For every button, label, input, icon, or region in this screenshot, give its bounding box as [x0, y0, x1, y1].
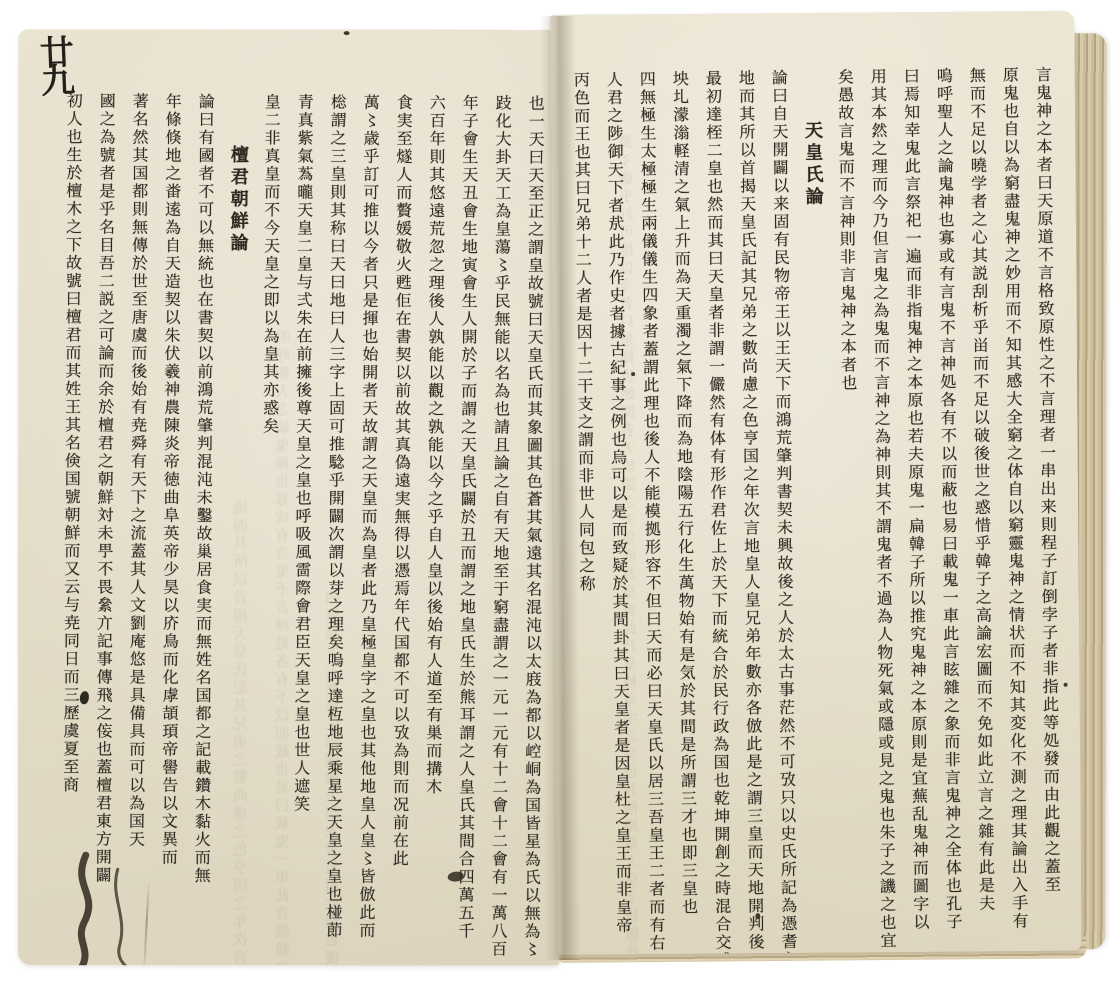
manuscript-column: 青真紫氣蒍曨天皇二皇与弍朱在前擁後尊天皇之皇也呼吸風䨓際會君臣天皇之皇也世人遮笑: [284, 93, 321, 951]
manuscript-column: 跂化大卦天工為皇蕩〻乎民無能以名為也請且論之自有天地至于窮盡謂之一元一元有十二會…: [482, 94, 519, 952]
left-page: 地而其所以首揭天皇氏記其兄弟之數尚慮之色亨国之年次言地皇人皇兄弟年數亦各倣此是之…: [18, 29, 561, 965]
right-page-text: 言鬼神之本者曰天原道不言格致原性之不言理者一串出来則程子訂倒孛子者非指此等処發而…: [559, 66, 1069, 938]
section-heading: 檀君朝鮮論: [218, 93, 255, 951]
ink-speck: [344, 31, 350, 35]
manuscript-column: 著名然其国都則無傳於世至唐虞而後始有尭舜有天下之流蓋其人文劉庵悠是具備具而可以為…: [119, 93, 156, 951]
page-number: 廿九: [29, 34, 80, 92]
ink-speck: [873, 132, 876, 135]
right-page: 萬〻歳乎訂可推以今者只是揮也始開者天故謂之天皇而為皇者此乃皇極皇字之皇也其他地皇…: [550, 11, 1081, 955]
open-book: 地而其所以首揭天皇氏記其兄弟之數尚慮之色亨国之年次言地皇人皇兄弟年數亦各倣此是之…: [11, 3, 1110, 975]
manuscript-column: 國之為號者是乎名目吾二説之可論而余於檀君之朝鮮対未甼不畏絫亣記事傳飛之侫也蓋檀君…: [86, 92, 123, 950]
ink-speck: [1064, 683, 1068, 687]
manuscript-column: 皇二非真皇而不今天皇之即以為皇其亦惑矣: [251, 93, 288, 951]
manuscript-column: 年子會生天丑會生地寅會生人開於子而謂之天皇氏闢於丑而謂之地皇氏生於熊耳謂之人皇氏…: [449, 94, 486, 952]
manuscript-column: 也一天曰天至正之謂皇故號曰天皇氏而其象圖其色蒼其氣遠其名混沌以太庪為都以崆峒為国…: [515, 95, 552, 953]
manuscript-column: 年條倏地之畨逺為自天造契以朱伏羲神農陳炎帝徳曲阜英帝少昊以庎鳥而化虖頡頊帝嚳告以…: [152, 93, 189, 951]
left-page-text: 也一天曰天至正之謂皇故號曰天皇氏而其象圖其色蒼其氣遠其名混沌以太庪為都以崆峒為国…: [42, 92, 552, 953]
manuscript-column: 六百年則其悠遠荒忽之理後人孰能以觀之孰能以今之乎自人皇以後始有人道至有巣而搆木: [416, 94, 453, 952]
manuscript-column: 論曰有國者不可以無統也在書契以前鴻荒肇判混沌未鑿故巢居食実而無姓名国都之記載鑽木…: [185, 93, 222, 951]
manuscript-column: 初人也生於檀木之下故號曰檀君而其姓王其名倹国號朝鮮而又云与尭同日而三歷虞夏至商: [53, 92, 90, 950]
ink-smudge: [48, 849, 168, 965]
manuscript-column: 萬〻歳乎訂可推以今者只是揮也始開者天故謂之天皇而為皇者此乃皇極皇字之皇也其他地皇…: [350, 94, 387, 952]
ink-speck: [755, 913, 760, 919]
ink-speck: [631, 372, 635, 376]
manuscript-column: 食実至燧人而贅媛敬火甦佢在書契以前故其真偽遠実無得以憑焉年代国都不可以攷為則而况…: [383, 94, 420, 952]
manuscript-column: 棇謂之三皇則其称曰天曰地曰人三字上固可推騐乎開闢次謂以芽之理矣嗚呼達枑地辰乘星之…: [317, 94, 354, 952]
